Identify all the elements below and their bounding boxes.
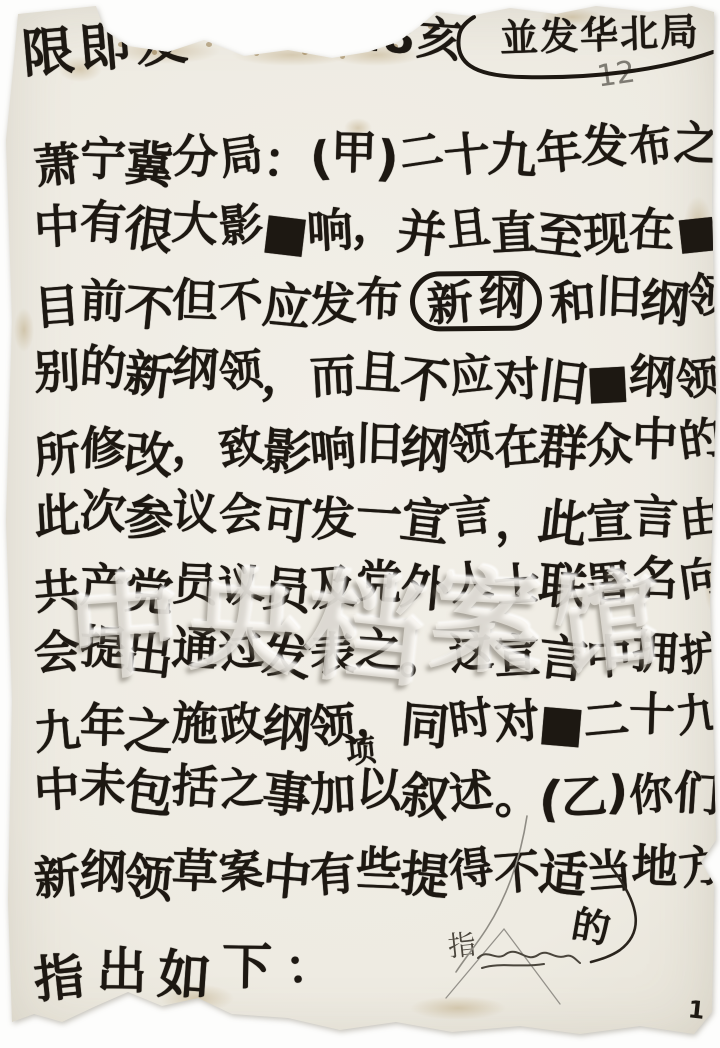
pencil-scribble-note: 指 bbox=[447, 931, 478, 962]
handwriting-line-2: 中有很大影■响，并且直至现在■仍是适用的。 bbox=[34, 187, 705, 270]
handwriting-line-3: 目前不但不应发布 新纲 和旧纲领并无多大区 bbox=[34, 262, 705, 342]
interlinear-insertion: 项 bbox=[345, 737, 378, 770]
manuscript-paper: 限即发 A 28亥 並发华北局 12 萧宁冀分局：(甲)二十九年发布之施政纲领在… bbox=[0, 0, 720, 1048]
distribution-note: 並发华北局 bbox=[499, 13, 700, 58]
page-number: 1 bbox=[687, 997, 706, 1023]
tear-speck bbox=[206, 42, 212, 47]
pencil-page-number: 12 bbox=[595, 57, 637, 92]
line-3-post: 和旧纲领并无多大区 bbox=[550, 274, 720, 324]
stain bbox=[410, 996, 506, 1020]
faint-registrar-mark: A bbox=[288, 19, 309, 47]
stain bbox=[14, 308, 34, 352]
handwriting-line-12: 指出如下： bbox=[33, 930, 335, 1014]
handwriting-line-1: 萧宁冀分局：(甲)二十九年发布之施政纲领在边区 bbox=[33, 109, 705, 201]
line-3-pre: 目前不但不应发布 bbox=[34, 279, 402, 328]
tear-speck bbox=[340, 54, 345, 59]
circled-correction: 新纲 bbox=[410, 270, 543, 331]
paper-shadow-wrap: 限即发 A 28亥 並发华北局 12 萧宁冀分局：(甲)二十九年发布之施政纲领在… bbox=[0, 0, 720, 1048]
urgency-note: 限即发 bbox=[20, 15, 195, 82]
handwriting-line-11: 新纲领草案中有些提得不适当地方 bbox=[34, 831, 705, 912]
tear-speck bbox=[254, 52, 259, 56]
pencil-scribble-stroke bbox=[478, 952, 580, 968]
tear-speck bbox=[302, 50, 308, 55]
stain bbox=[232, 44, 352, 66]
scanned-document-page: 限即发 A 28亥 並发华北局 12 萧宁冀分局：(甲)二十九年发布之施政纲领在… bbox=[0, 0, 720, 1048]
date-time-group: 28亥 bbox=[349, 10, 465, 64]
margin-insertion: 的 bbox=[569, 905, 613, 949]
